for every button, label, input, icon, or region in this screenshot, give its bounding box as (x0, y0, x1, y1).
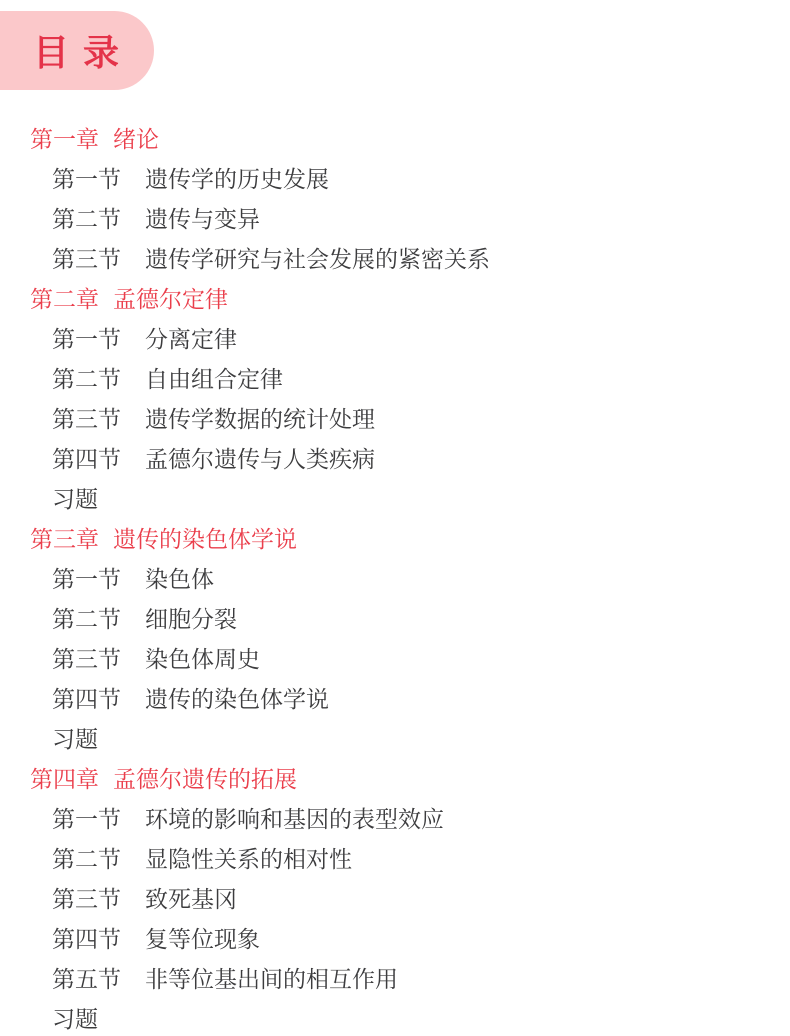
toc-row-label: 习题 (52, 721, 98, 754)
toc-row-section: 第二节 遗传与变异 (0, 197, 790, 237)
toc-row-title: 染色体周史 (145, 641, 260, 674)
toc-row-label: 第三章 (30, 521, 99, 554)
toc-row-title: 遗传的染色体学说 (145, 681, 329, 714)
toc-row-label: 第四节 (52, 441, 121, 474)
toc-row-exercise: 习题 (0, 477, 790, 517)
toc-row-label: 第二节 (52, 841, 121, 874)
toc-row-label: 第四节 (52, 681, 121, 714)
toc-row-label: 第一节 (52, 561, 121, 594)
toc-row-label: 第三节 (52, 881, 121, 914)
toc-row-section: 第一节 遗传学的历史发展 (0, 157, 790, 197)
toc-row-exercise: 习题 (0, 717, 790, 757)
toc-header-title: 目 录 (33, 25, 121, 76)
toc-row-title: 细胞分裂 (145, 601, 237, 634)
toc-row-title: 遗传的染色体学说 (113, 521, 297, 554)
toc-row-section: 第一节 环境的影响和基因的表型效应 (0, 797, 790, 837)
toc-row-section: 第二节 细胞分裂 (0, 597, 790, 637)
toc-row-chapter: 第一章 绪论 (0, 117, 790, 157)
toc-header-badge: 目 录 (0, 11, 154, 90)
toc-row-title: 遗传与变异 (145, 201, 260, 234)
toc-row-label: 第四节 (52, 921, 121, 954)
toc-row-title: 遗传学研究与社会发展的紧密关系 (145, 241, 490, 274)
toc-row-title: 绪论 (113, 121, 159, 154)
toc-row-label: 第五节 (52, 961, 121, 994)
toc-row-section: 第三节 遗传学研究与社会发展的紧密关系 (0, 237, 790, 277)
toc-row-label: 第一节 (52, 161, 121, 194)
toc-row-label: 第二章 (30, 281, 99, 314)
toc-row-title: 复等位现象 (145, 921, 260, 954)
toc-row-title: 遗传学的历史发展 (145, 161, 329, 194)
toc-row-title: 致死基冈 (145, 881, 237, 914)
toc-row-title: 孟德尔遗传的拓展 (113, 761, 297, 794)
toc-row-label: 第一节 (52, 321, 121, 354)
toc-list: 第一章 绪论 第一节 遗传学的历史发展 第二节 遗传与变异 第三节 遗传学研究与… (0, 117, 790, 1036)
toc-row-section: 第四节 复等位现象 (0, 917, 790, 957)
toc-row-label: 习题 (52, 1001, 98, 1034)
toc-row-chapter: 第三章 遗传的染色体学说 (0, 517, 790, 557)
toc-row-label: 第二节 (52, 601, 121, 634)
toc-row-title: 环境的影响和基因的表型效应 (145, 801, 444, 834)
toc-row-section: 第三节 致死基冈 (0, 877, 790, 917)
toc-row-title: 染色体 (145, 561, 214, 594)
toc-row-title: 显隐性关系的相对性 (145, 841, 352, 874)
toc-row-section: 第四节 遗传的染色体学说 (0, 677, 790, 717)
toc-row-title: 自由组合定律 (145, 361, 283, 394)
toc-row-title: 遗传学数据的统计处理 (145, 401, 375, 434)
toc-row-label: 第一章 (30, 121, 99, 154)
toc-row-label: 第二节 (52, 361, 121, 394)
toc-row-section: 第二节 自由组合定律 (0, 357, 790, 397)
toc-row-section: 第一节 分离定律 (0, 317, 790, 357)
toc-row-exercise: 习题 (0, 997, 790, 1036)
toc-row-label: 第一节 (52, 801, 121, 834)
toc-row-section: 第三节 染色体周史 (0, 637, 790, 677)
toc-row-label: 第四章 (30, 761, 99, 794)
toc-row-label: 第三节 (52, 641, 121, 674)
toc-row-label: 第三节 (52, 241, 121, 274)
toc-row-label: 第二节 (52, 201, 121, 234)
toc-row-title: 孟德尔定律 (113, 281, 228, 314)
toc-row-title: 分离定律 (145, 321, 237, 354)
toc-row-label: 习题 (52, 481, 98, 514)
toc-row-title: 孟德尔遗传与人类疾病 (145, 441, 375, 474)
toc-row-section: 第二节 显隐性关系的相对性 (0, 837, 790, 877)
toc-row-section: 第四节 孟德尔遗传与人类疾病 (0, 437, 790, 477)
toc-row-section: 第五节 非等位基出间的相互作用 (0, 957, 790, 997)
toc-row-section: 第三节 遗传学数据的统计处理 (0, 397, 790, 437)
toc-row-title: 非等位基出间的相互作用 (145, 961, 398, 994)
toc-row-section: 第一节 染色体 (0, 557, 790, 597)
toc-row-label: 第三节 (52, 401, 121, 434)
toc-row-chapter: 第二章 孟德尔定律 (0, 277, 790, 317)
toc-row-chapter: 第四章 孟德尔遗传的拓展 (0, 757, 790, 797)
